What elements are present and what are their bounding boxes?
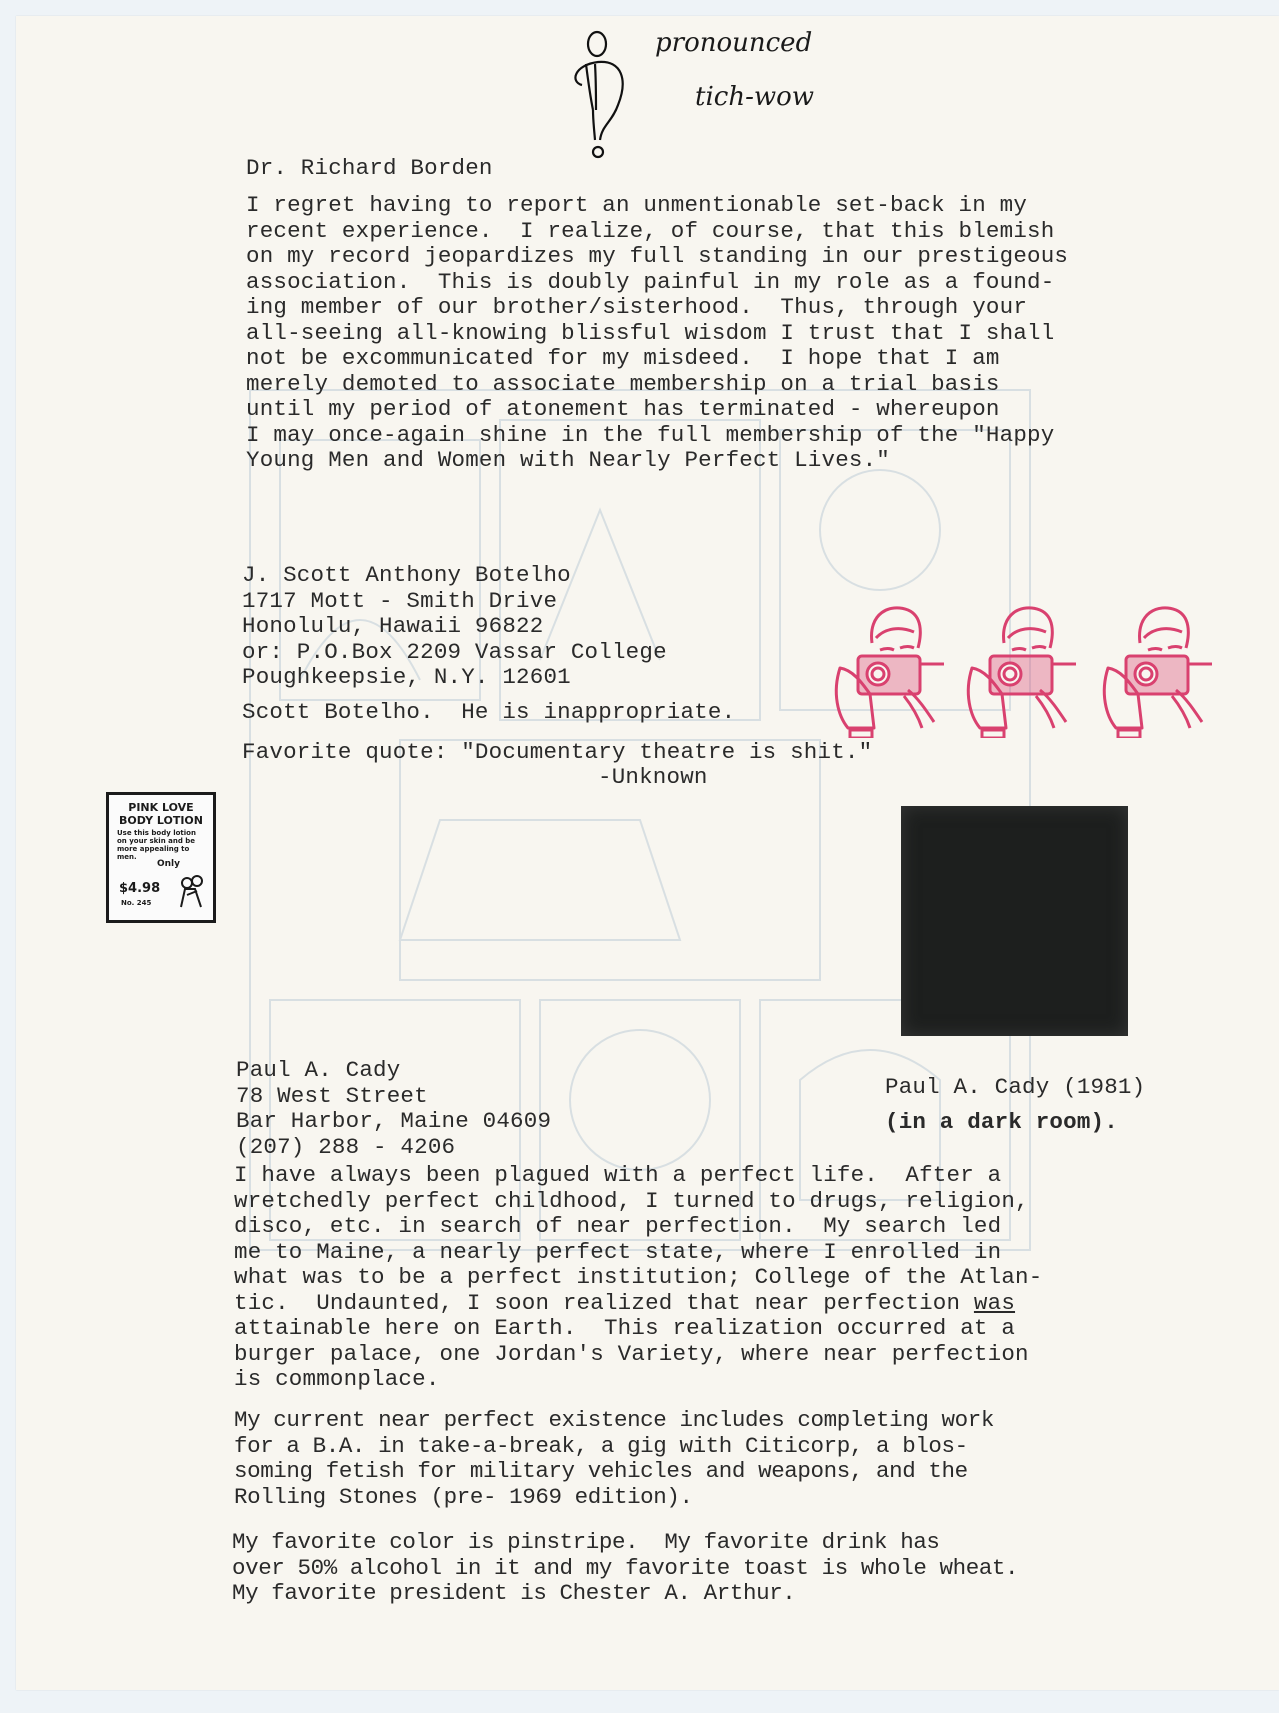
botelho-favorite-quote: Favorite quote: "Documentary theatre is … xyxy=(242,740,872,766)
paragraph-line: burger palace, one Jordan's Variety, whe… xyxy=(234,1342,1042,1368)
handwritten-note-line2: tich-wow xyxy=(695,82,814,112)
paragraph-line: My favorite color is pinstripe. My favor… xyxy=(232,1530,1018,1556)
paragraph-line: I have always been plagued with a perfec… xyxy=(234,1163,1042,1189)
paragraph-line: wretchedly perfect childhood, I turned t… xyxy=(234,1189,1042,1215)
cady-paragraph-3: My favorite color is pinstripe. My favor… xyxy=(232,1530,1018,1607)
ad-price: $4.98 xyxy=(119,881,160,896)
address-line: or: P.O.Box 2209 Vassar College xyxy=(242,640,667,666)
botelho-remark: Scott Botelho. He is inappropriate. xyxy=(242,700,735,726)
cady-address: Paul A. Cady78 West StreetBar Harbor, Ma… xyxy=(236,1058,551,1160)
letter-line: recent experience. I realize, of course,… xyxy=(246,219,1068,245)
address-line: Honolulu, Hawaii 96822 xyxy=(242,614,667,640)
couple-icon xyxy=(175,875,207,909)
ad-text: Use this body lotionon your skin and bem… xyxy=(109,829,213,861)
address-line: (207) 288 - 4206 xyxy=(236,1135,551,1161)
pink-love-ad-stamp: PINK LOVE BODY LOTION Use this body loti… xyxy=(106,792,216,923)
paragraph-line: attainable here on Earth. This realizati… xyxy=(234,1316,1042,1342)
address-line: Paul A. Cady xyxy=(236,1058,551,1084)
letter-line: association. This is doubly painful in m… xyxy=(246,270,1068,296)
ad-text-line: more appealing to xyxy=(117,845,213,853)
ad-title-2: BODY LOTION xyxy=(109,814,213,827)
letter-line: until my period of atonement has termina… xyxy=(246,397,1068,423)
paragraph-line: disco, etc. in search of near perfection… xyxy=(234,1214,1042,1240)
cady-paragraph-1: I have always been plagued with a perfec… xyxy=(234,1163,1042,1393)
dark-room-photo xyxy=(901,806,1128,1036)
letter-line: I regret having to report an unmentionab… xyxy=(246,193,1068,219)
address-line: Bar Harbor, Maine 04609 xyxy=(236,1109,551,1135)
address-line: 78 West Street xyxy=(236,1084,551,1110)
ad-text-line: Use this body lotion xyxy=(117,829,213,837)
camera-man-stamp-icon xyxy=(962,598,1082,738)
camera-man-stamp-icon xyxy=(830,598,950,738)
photo-caption-line1: Paul A. Cady (1981) xyxy=(885,1075,1145,1101)
address-line: J. Scott Anthony Botelho xyxy=(242,563,667,589)
quote-attribution: -Unknown xyxy=(598,765,708,791)
paragraph-line: what was to be a perfect institution; Co… xyxy=(234,1265,1042,1291)
paragraph-line: me to Maine, a nearly perfect state, whe… xyxy=(234,1240,1042,1266)
address-line: 1717 Mott - Smith Drive xyxy=(242,589,667,615)
handwritten-symbol-icon xyxy=(560,30,635,160)
letter-line: not be excommunicated for my misdeed. I … xyxy=(246,346,1068,372)
cady-paragraph-2: My current near perfect existence includ… xyxy=(234,1408,994,1510)
letter-body: I regret having to report an unmentionab… xyxy=(246,193,1068,474)
botelho-address: J. Scott Anthony Botelho1717 Mott - Smit… xyxy=(242,563,667,691)
paragraph-line: My favorite president is Chester A. Arth… xyxy=(232,1581,1018,1607)
photo-caption-line2: (in a dark room). xyxy=(885,1110,1118,1136)
paragraph-line: soming fetish for military vehicles and … xyxy=(234,1459,994,1485)
ad-title-1: PINK LOVE xyxy=(109,801,213,814)
letter-line: on my record jeopardizes my full standin… xyxy=(246,244,1068,270)
letter-line: all-seeing all-knowing blissful wisdom I… xyxy=(246,321,1068,347)
paragraph-line: Rolling Stones (pre- 1969 edition). xyxy=(234,1485,994,1511)
ad-number: No. 245 xyxy=(121,899,151,907)
letter-line: merely demoted to associate membership o… xyxy=(246,372,1068,398)
paragraph-line: over 50% alcohol in it and my favorite t… xyxy=(232,1556,1018,1582)
paragraph-line: for a B.A. in take-a-break, a gig with C… xyxy=(234,1434,994,1460)
ad-only: Only xyxy=(157,859,180,869)
paragraph-line: My current near perfect existence includ… xyxy=(234,1408,994,1434)
underlined-word: was xyxy=(974,1290,1015,1316)
letter-line: Young Men and Women with Nearly Perfect … xyxy=(246,448,1068,474)
letter-line: I may once-again shine in the full membe… xyxy=(246,423,1068,449)
address-line: Poughkeepsie, N.Y. 12601 xyxy=(242,665,667,691)
handwritten-note-line1: pronounced xyxy=(655,28,812,58)
paragraph-line: is commonplace. xyxy=(234,1367,1042,1393)
camera-man-stamp-icon xyxy=(1098,598,1218,738)
ad-text-line: on your skin and be xyxy=(117,837,213,845)
letter-line: ing member of our brother/sisterhood. Th… xyxy=(246,295,1068,321)
salutation: Dr. Richard Borden xyxy=(246,156,493,182)
paragraph-line: tic. Undaunted, I soon realized that nea… xyxy=(234,1291,1042,1317)
